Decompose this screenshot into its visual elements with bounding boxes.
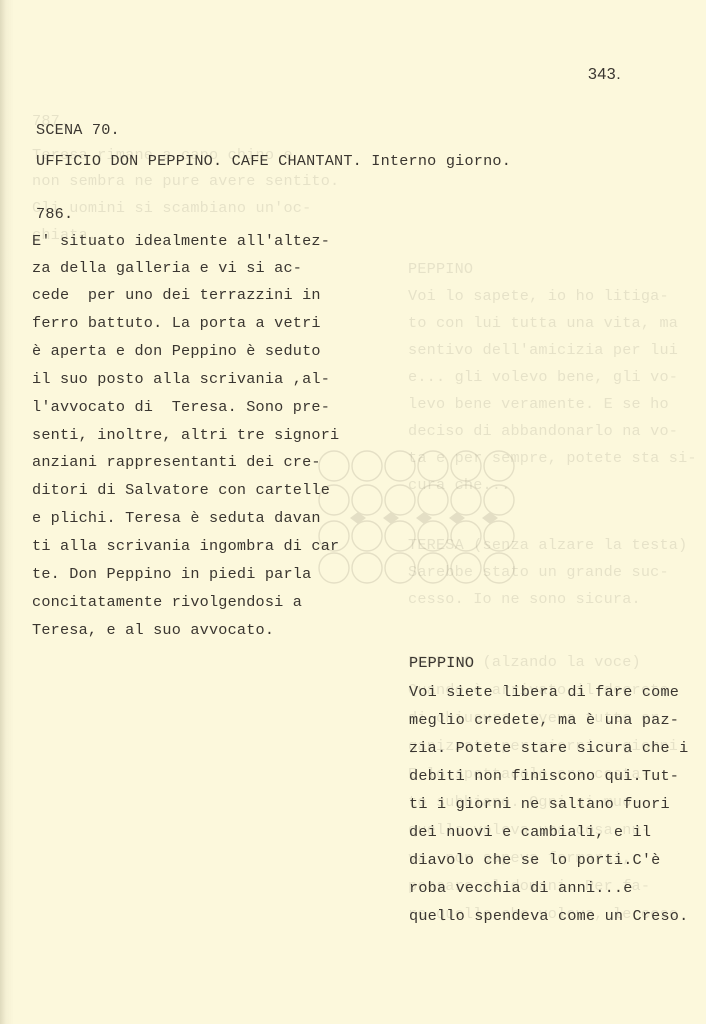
description-line: senti, inoltre, altri tre signori: [32, 428, 339, 443]
dialogue-line: meglio credete, ma è una paz-: [409, 713, 679, 728]
description-line: te. Don Peppino in piedi parla: [32, 567, 311, 582]
character-name: PEPPINO: [409, 656, 474, 671]
ghost-line: cura che...: [408, 478, 510, 493]
description-line: ferro battuto. La porta a vetri: [32, 316, 321, 331]
dialogue-line: quello spendeva come un Creso.: [409, 909, 688, 924]
ghost-line: Voi lo sapete, io ho litiga-: [408, 289, 669, 304]
ghost-line: sentivo dell'amicizia per lui: [408, 343, 678, 358]
dialogue-line: ti i giorni ne saltano fuori: [409, 797, 670, 812]
dialogue-line: debiti non finiscono qui.Tut-: [409, 769, 679, 784]
dialogue-line: diavolo che se lo porti.C'è: [409, 853, 660, 868]
ghost-line: deciso di abbandonarlo na vo-: [408, 424, 678, 439]
ghost-line: Sarebbe stato un grande suc-: [408, 565, 669, 580]
ghost-line: non sembra ne pure avere sentito.: [32, 174, 339, 189]
ghost-line: cesso. Io ne sono sicura.: [408, 592, 641, 607]
scene-heading: SCENA 70.: [36, 123, 120, 138]
description-line: e plichi. Teresa è seduta davan: [32, 511, 321, 526]
page-number: 343.: [588, 66, 621, 84]
ghost-line: e... gli volevo bene, gli vo-: [408, 370, 678, 385]
ghost-line: Gli uomini si scambiano un'oc-: [32, 201, 311, 216]
scene-location: UFFICIO DON PEPPINO. CAFE CHANTANT. Inte…: [36, 154, 511, 169]
description-line: l'avvocato di Teresa. Sono pre-: [32, 400, 330, 415]
ghost-line: ta e per sempre, potete sta si-: [408, 451, 697, 466]
description-line: ditori di Salvatore con cartelle: [32, 483, 330, 498]
ghost-line: to con lui tutta una vita, ma: [408, 316, 678, 331]
dialogue-line: dei nuovi e cambiali, e il: [409, 825, 651, 840]
description-line: ti alla scrivania ingombra di car: [32, 539, 339, 554]
dialogue-line: Voi siete libera di fare come: [409, 685, 679, 700]
typewritten-page: 787. Teresa rimane a capo chino e non se…: [0, 0, 706, 1024]
dialogue-line: roba vecchia di anni...e: [409, 881, 633, 896]
dialogue-line: zia. Potete stare sicura che i: [409, 741, 688, 756]
description-line: E' situato idealmente all'altez-: [32, 234, 330, 249]
ghost-line: PEPPINO: [408, 262, 473, 277]
description-line: za della galleria e vi si ac-: [32, 261, 302, 276]
description-line: Teresa, e al suo avvocato.: [32, 623, 274, 638]
ghost-line: TERESA (senza alzare la testa): [408, 538, 687, 553]
ghost-line: levo bene veramente. E se ho: [408, 397, 669, 412]
description-line: cede per uno dei terrazzini in: [32, 288, 321, 303]
description-line: anziani rappresentanti dei cre-: [32, 455, 321, 470]
description-line: il suo posto alla scrivania ,al-: [32, 372, 330, 387]
description-line: concitatamente rivolgendosi a: [32, 595, 302, 610]
shot-number: 786.: [36, 207, 73, 222]
description-line: è aperta e don Peppino è seduto: [32, 344, 321, 359]
